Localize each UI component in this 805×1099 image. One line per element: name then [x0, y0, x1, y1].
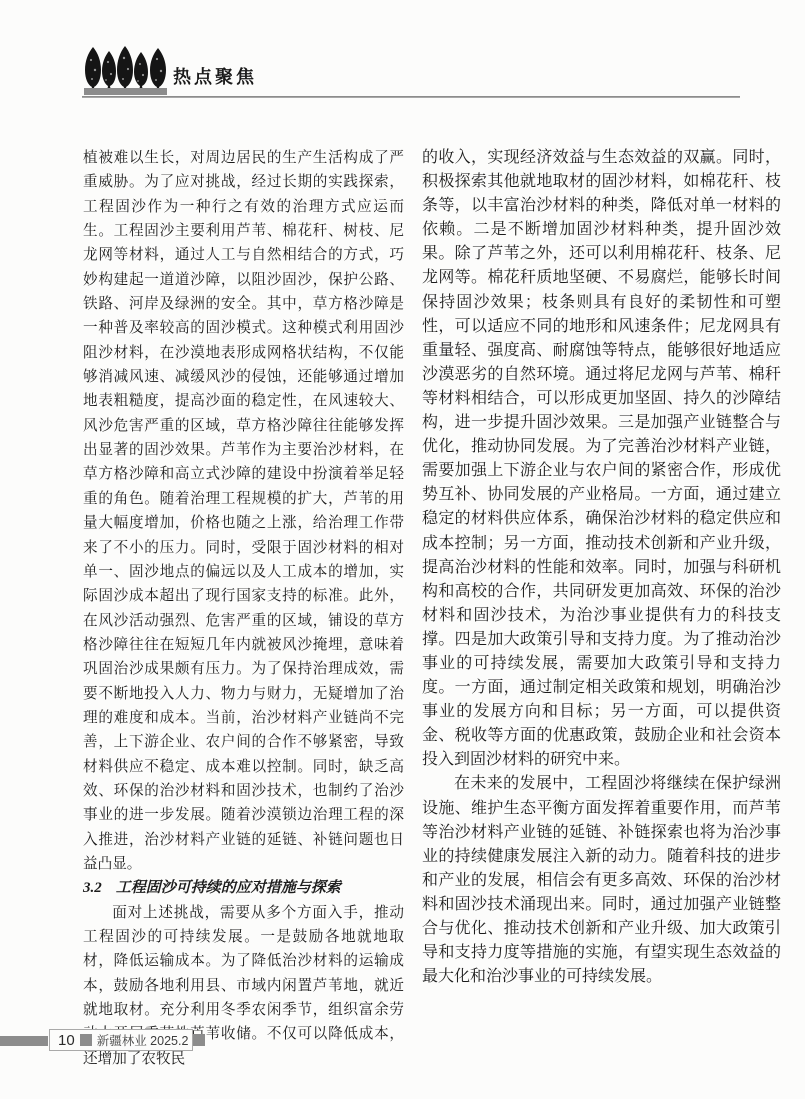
section-label: 热点聚焦: [173, 63, 257, 89]
page-number: 10: [58, 1032, 75, 1049]
paragraph: 的收入，实现经济效益与生态效益的双赢。同时，积极探索其他就地取材的固沙材料，如棉…: [422, 146, 781, 772]
paragraph: 植被难以生长，对周边居民的生产生活构成了严重威胁。为了应对挑战，经过长期的实践探…: [83, 146, 404, 876]
section-heading-number: 3.2: [83, 880, 102, 896]
article-body: 植被难以生长，对周边居民的生产生活构成了严重威胁。为了应对挑战，经过长期的实践探…: [83, 146, 781, 1071]
section-heading-title: 工程固沙可持续的应对措施与探索: [116, 880, 341, 896]
right-column: 的收入，实现经济效益与生态效益的双赢。同时，积极探索其他就地取材的固沙材料，如棉…: [422, 146, 781, 1071]
paragraph: 在未来的发展中，工程固沙将继续在保护绿洲设施、维护生态平衡方面发挥着重要作用，而…: [422, 772, 781, 989]
gray-square-icon: [193, 1034, 205, 1046]
footer-left-bar: [0, 1036, 48, 1046]
trees-icon: [84, 46, 168, 92]
footer-box: 10 新疆林业 2025.2: [49, 1029, 193, 1051]
trees-base-bar: [84, 88, 167, 95]
section-heading: 3.2工程固沙可持续的应对措施与探索: [83, 876, 404, 900]
journal-label: 新疆林业 2025.2: [97, 1031, 189, 1049]
magazine-page: 热点聚焦 植被难以生长，对周边居民的生产生活构成了严重威胁。为了应对挑战，经过长…: [0, 0, 805, 1099]
header-rule: [82, 96, 740, 98]
gray-square-icon: [80, 1034, 92, 1046]
left-column: 植被难以生长，对周边居民的生产生活构成了严重威胁。为了应对挑战，经过长期的实践探…: [83, 146, 404, 1071]
